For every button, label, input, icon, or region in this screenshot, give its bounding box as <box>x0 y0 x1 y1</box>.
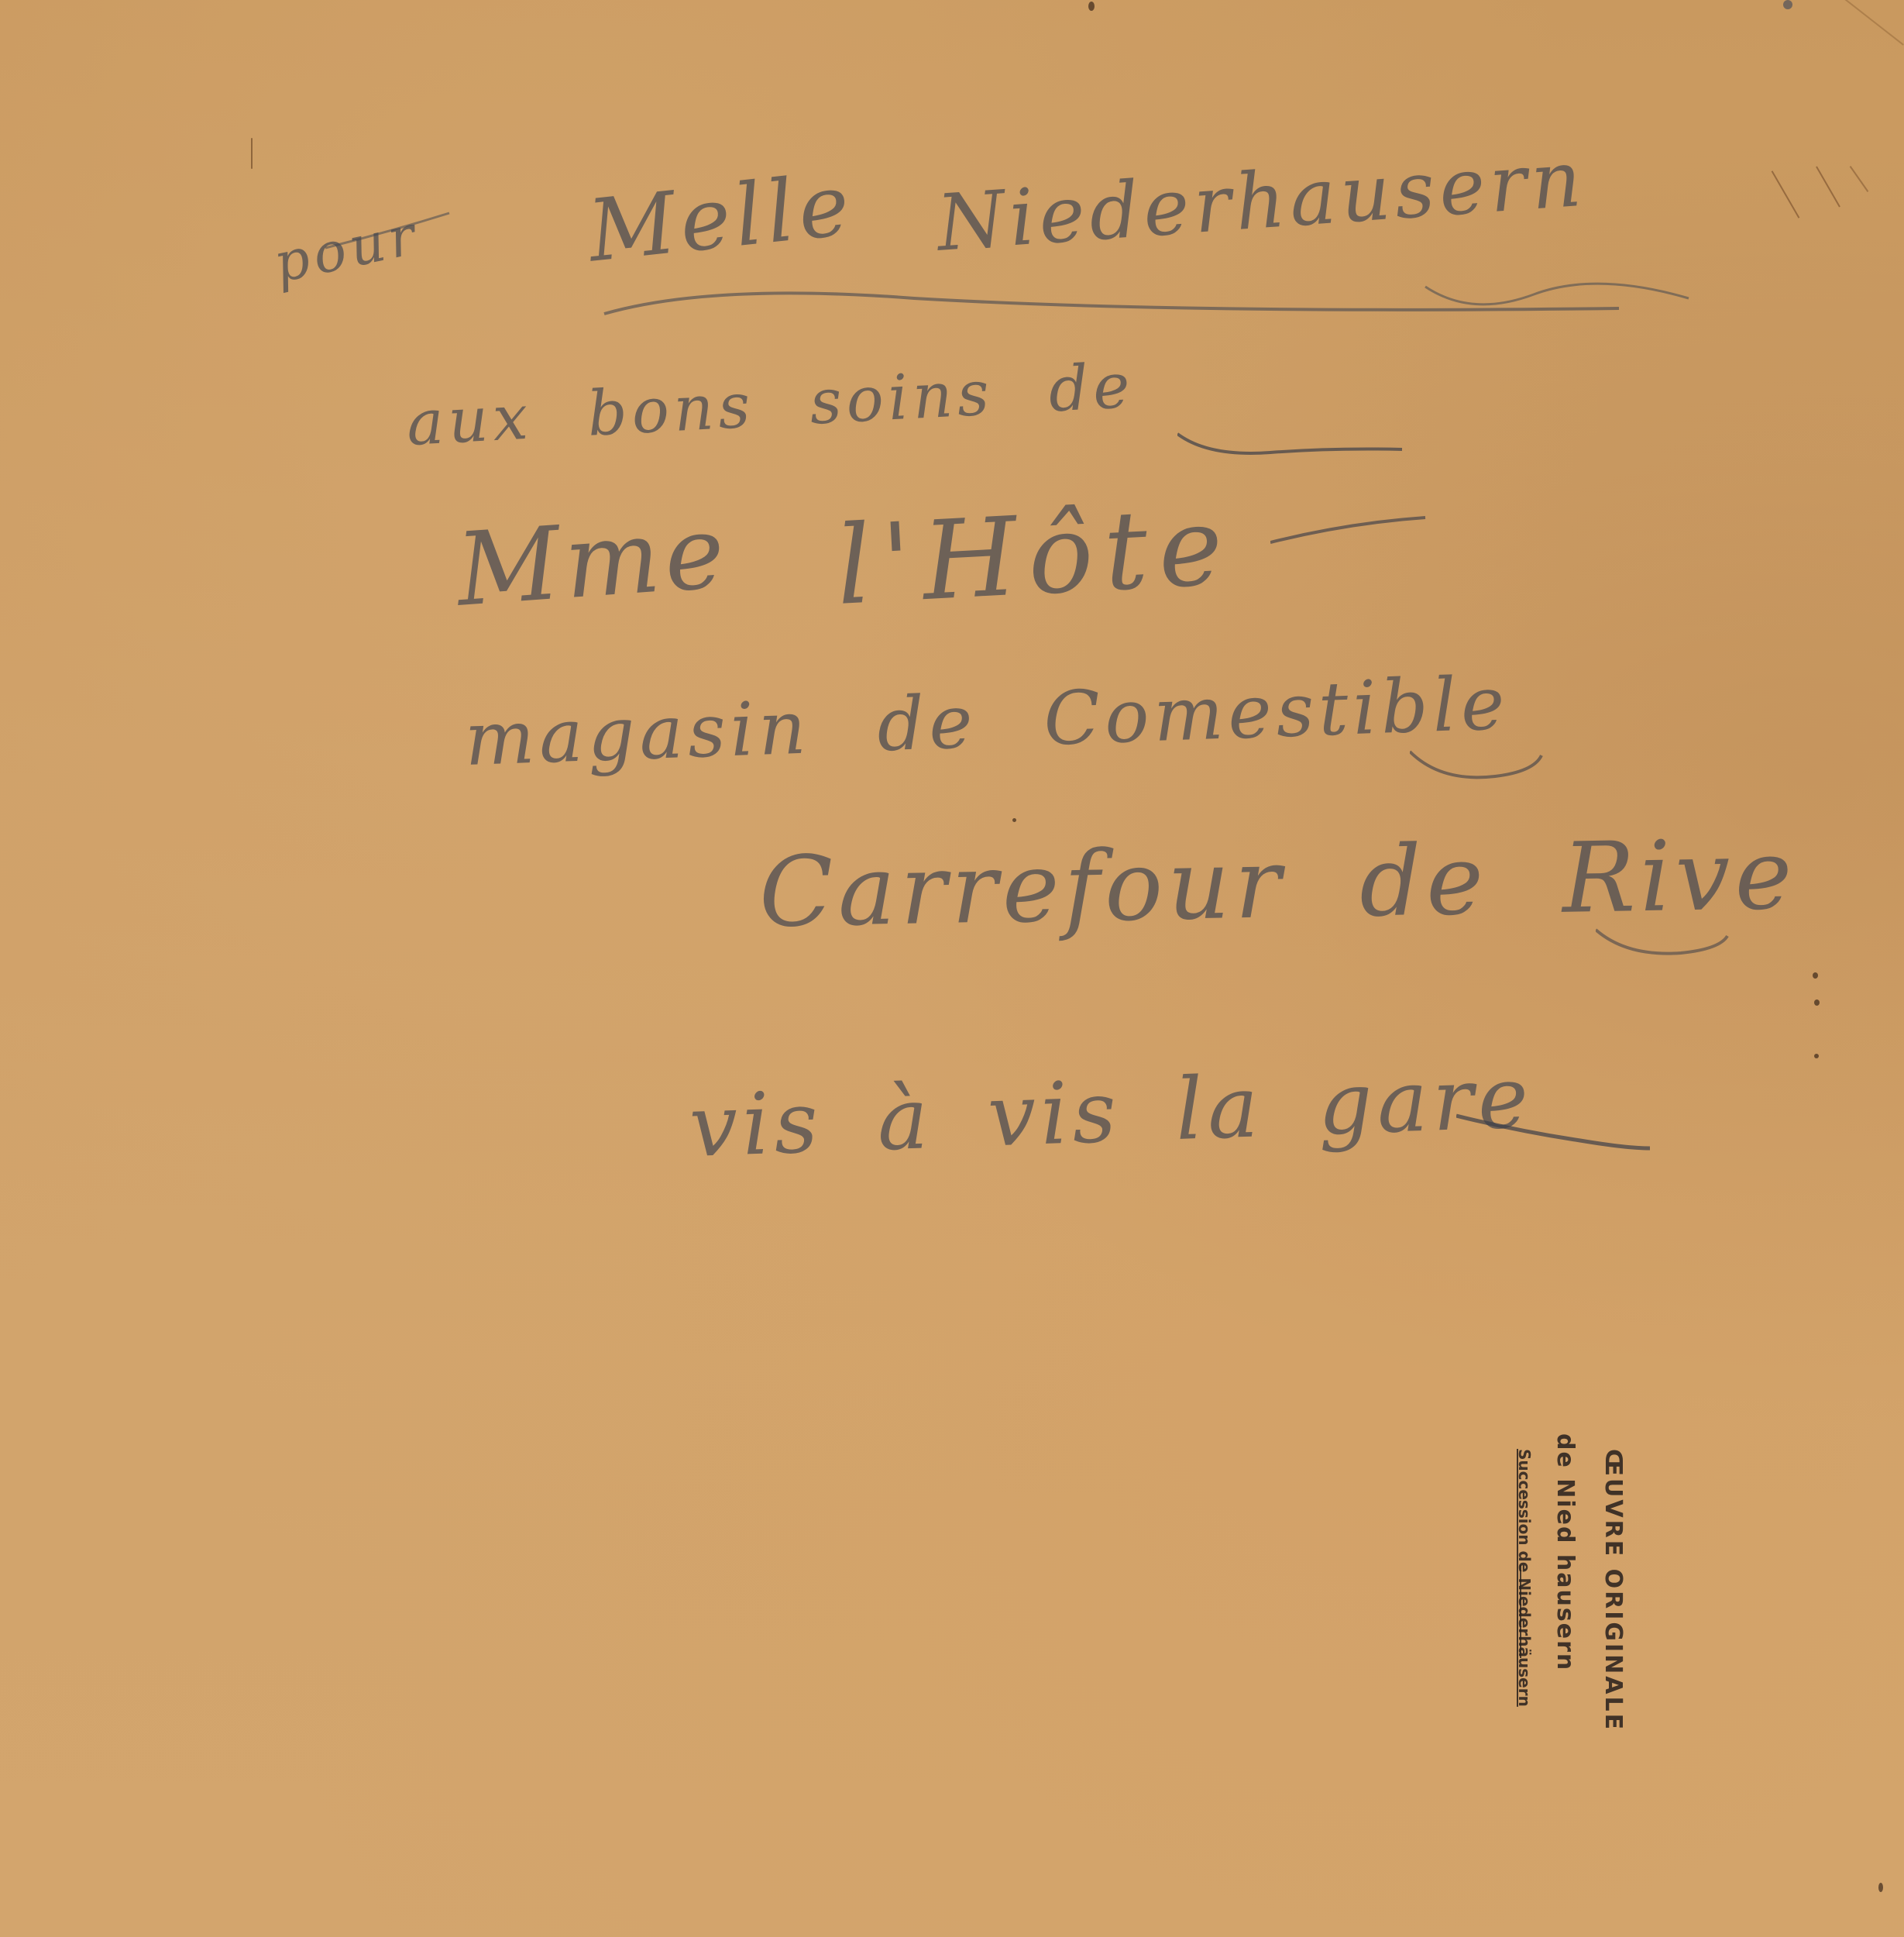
stamp-original-work: ŒUVRE ORIGINALE <box>1600 1449 1627 1732</box>
ink-speck <box>1783 0 1792 9</box>
handwriting-shop: magasin de Comestible <box>463 661 1510 783</box>
stamp-divider <box>1520 1565 1521 1658</box>
comestible-flourish <box>1410 736 1549 798</box>
hote-flourish <box>1270 511 1441 558</box>
stamp-artist-name: de Nied hausern <box>1552 1433 1579 1671</box>
ink-speck <box>1088 2 1095 11</box>
gare-flourish <box>1456 1108 1658 1162</box>
handwriting-recipient-host: l'Hôte <box>833 483 1237 630</box>
stamp-estate: Succession de Niederhäusern <box>1515 1449 1534 1707</box>
paper-fiber <box>251 138 253 169</box>
ink-speck <box>1814 1054 1819 1058</box>
document-sheet: pour Melle Niederhausern aux bons soins … <box>0 0 1904 1937</box>
de-flourish <box>1177 418 1410 465</box>
paper-crease <box>1816 167 1840 208</box>
ink-speck <box>1813 972 1818 979</box>
handwriting-mme: Mme <box>453 493 733 629</box>
paper-crease <box>1830 0 1904 46</box>
underline-flourish <box>325 201 1797 325</box>
handwriting-care-of: aux bons soins de <box>405 349 1136 459</box>
rive-flourish <box>1596 914 1735 961</box>
ink-speck <box>1012 818 1016 822</box>
paper-crease <box>1850 166 1869 192</box>
handwriting-landmark: vis à vis la gare <box>688 1048 1535 1176</box>
ink-speck <box>1814 999 1820 1006</box>
ink-speck <box>1878 1883 1883 1892</box>
estate-stamp: ŒUVRE ORIGINALE de Nied hausern Successi… <box>1510 1449 1650 1759</box>
